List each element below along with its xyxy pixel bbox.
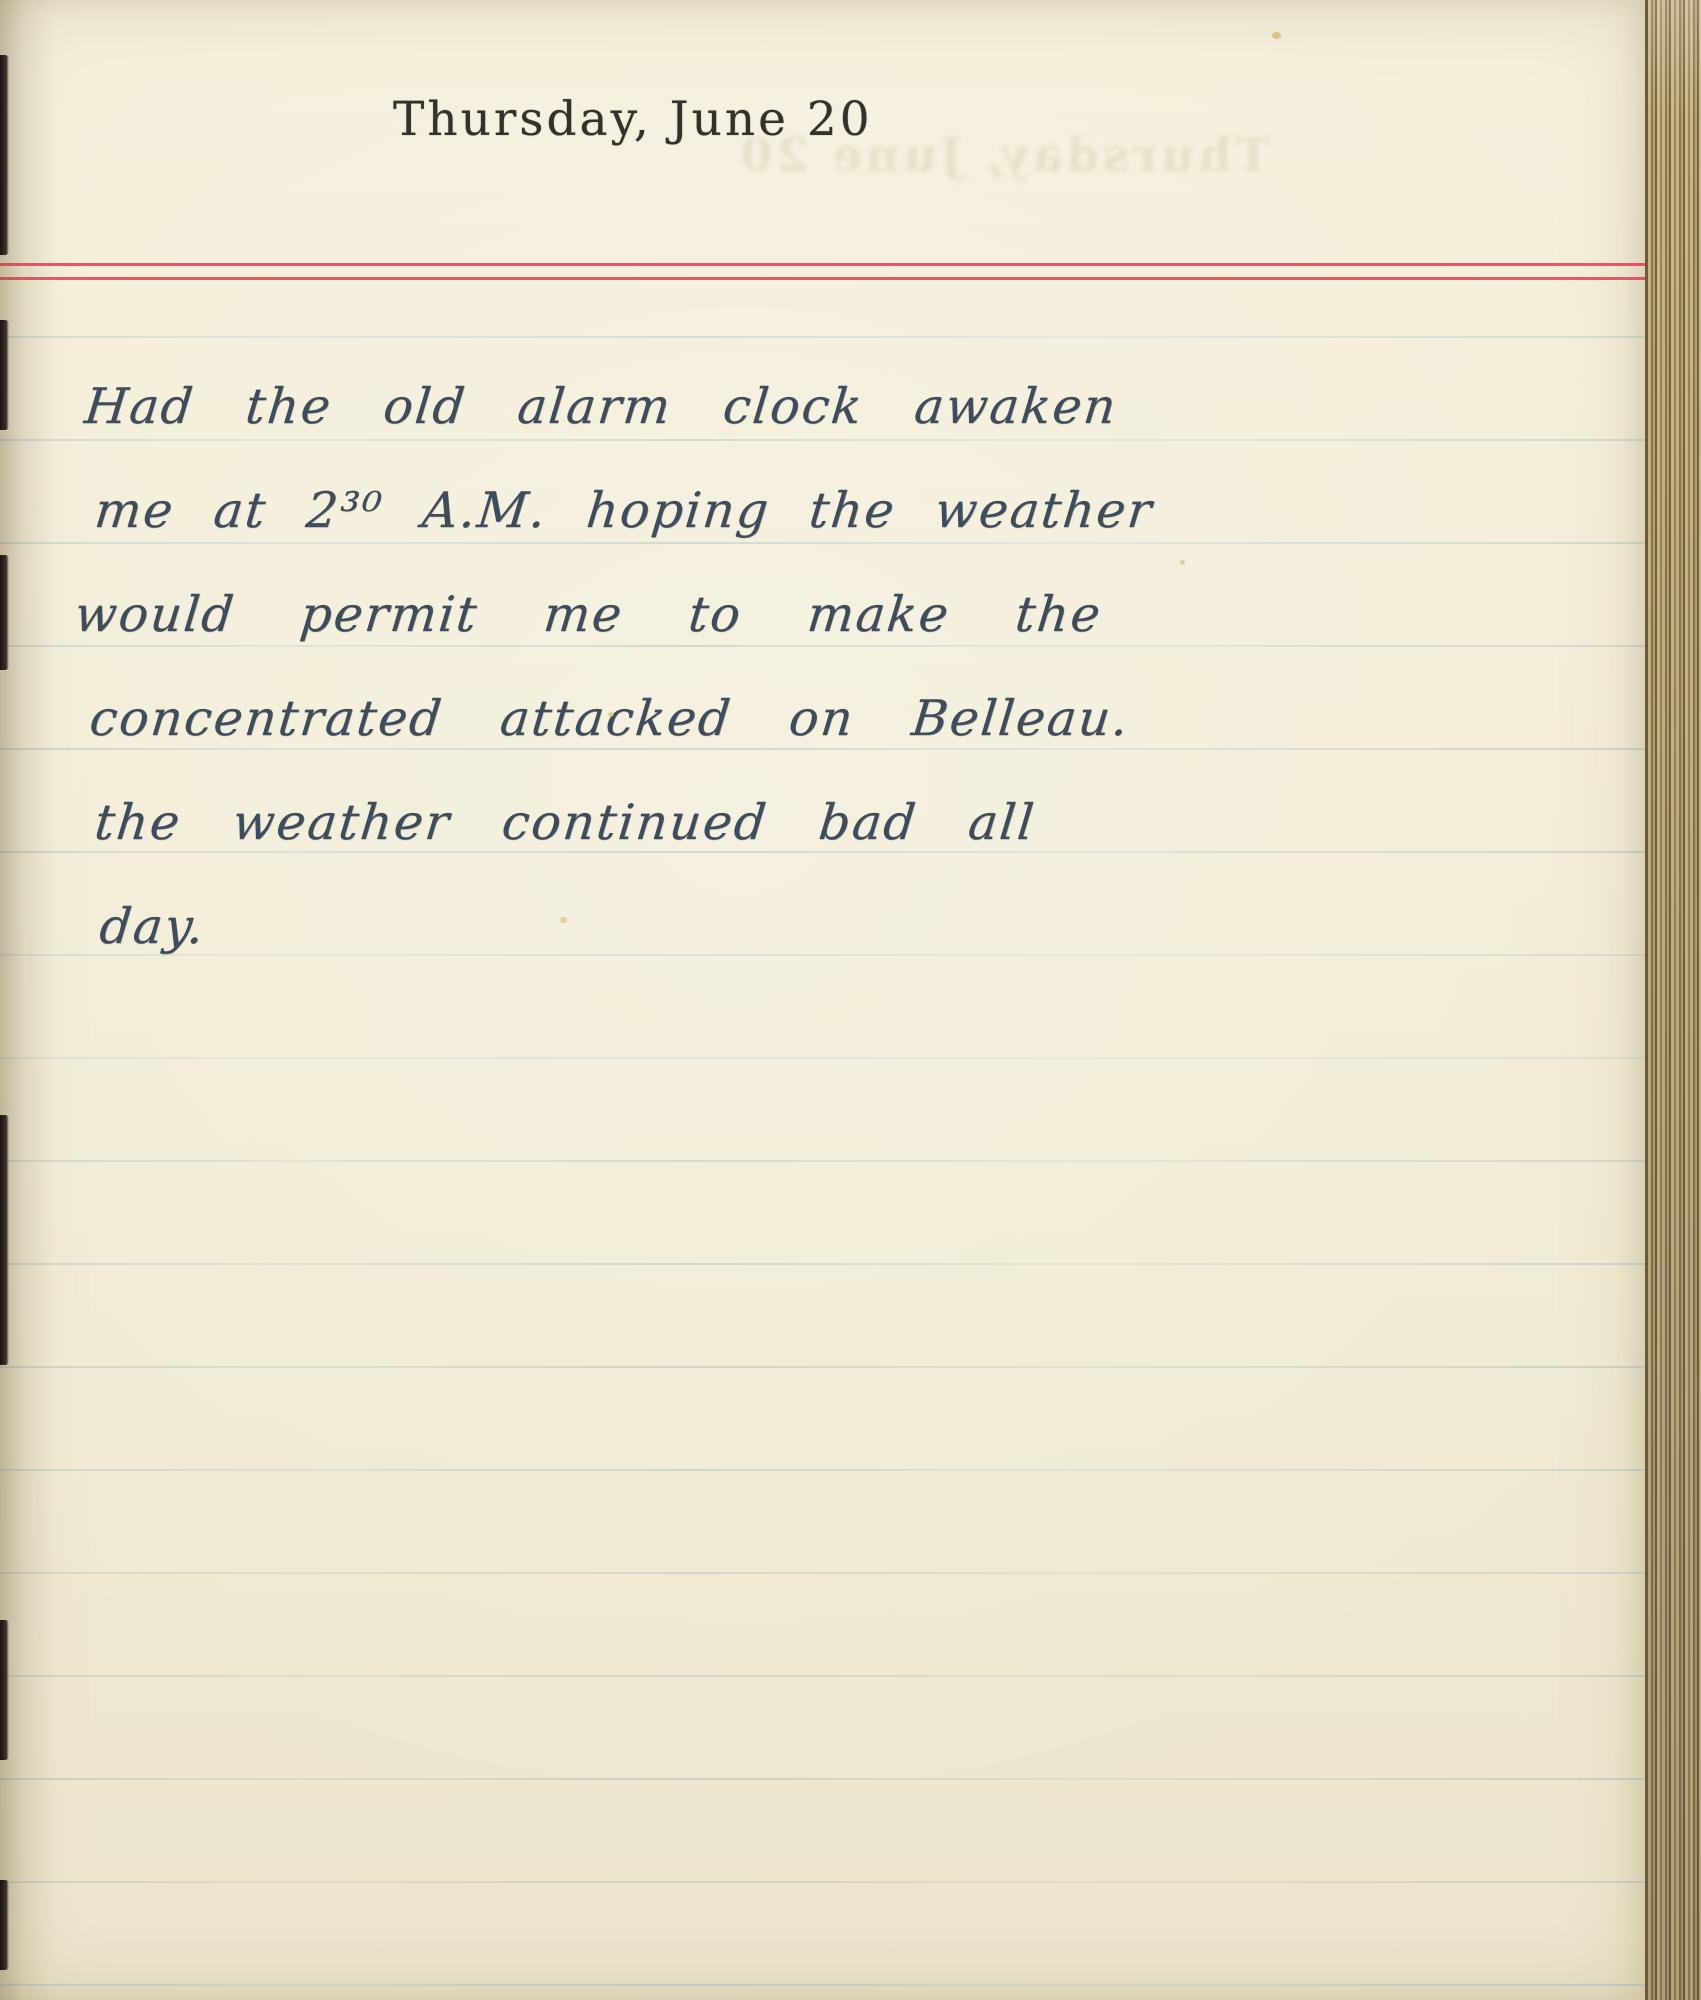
handwriting-line: would permit me to make the	[72, 586, 1105, 643]
ruled-line	[0, 1881, 1645, 1883]
handwriting-line: concentrated attacked on Belleau.	[87, 690, 1133, 747]
diary-page-scan: Thursday, June 20 Thursday, June 20 Had …	[0, 0, 1701, 2000]
ruled-line	[0, 542, 1645, 544]
ruled-line	[0, 1675, 1645, 1677]
ruled-line	[0, 1572, 1645, 1574]
paper-speck	[1180, 560, 1185, 565]
ruled-line	[0, 1160, 1645, 1162]
handwriting-line: me at 2³⁰ A.M. hoping the weather	[92, 482, 1156, 539]
ruled-line	[0, 954, 1645, 956]
ruled-line	[0, 645, 1645, 647]
red-rule-top	[0, 263, 1648, 266]
handwriting-line: day.	[97, 898, 208, 955]
binding-mark	[0, 320, 9, 430]
handwriting-line: the weather continued bad all	[92, 794, 1038, 851]
binding-mark	[0, 55, 9, 255]
page-date-header: Thursday, June 20	[393, 92, 873, 147]
ruled-line	[0, 336, 1645, 338]
binding-mark	[0, 555, 9, 670]
handwriting-line: Had the old alarm clock awaken	[82, 378, 1120, 435]
binding-mark	[0, 1880, 9, 1970]
ruled-line	[0, 439, 1645, 441]
ruled-line	[0, 748, 1645, 750]
paper-speck	[1272, 32, 1281, 39]
red-rule-bottom	[0, 277, 1648, 280]
ruled-line	[0, 1263, 1645, 1265]
ruled-line	[0, 1057, 1645, 1059]
ruled-line	[0, 851, 1645, 853]
ruled-line	[0, 1469, 1645, 1471]
ruled-line	[0, 1778, 1645, 1780]
binding-mark	[0, 1115, 9, 1365]
ruled-line	[0, 1984, 1645, 1986]
ruled-line	[0, 1366, 1645, 1368]
book-page-edges	[1645, 0, 1701, 2000]
paper-speck	[560, 917, 567, 923]
paper-speck	[608, 712, 614, 717]
paper: Thursday, June 20 Thursday, June 20 Had …	[0, 0, 1648, 2000]
binding-mark	[0, 1620, 9, 1760]
